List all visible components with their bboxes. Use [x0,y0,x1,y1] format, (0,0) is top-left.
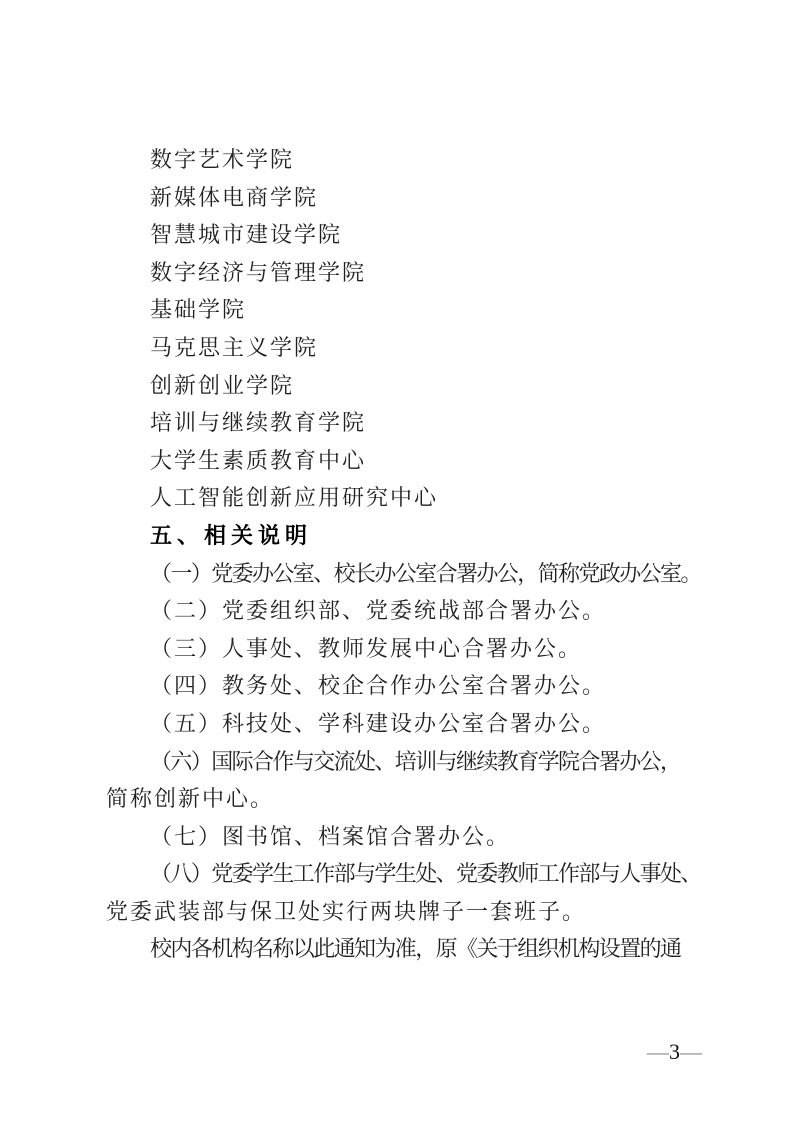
page-number-right-dash: — [680,1039,702,1064]
page-number: —3— [647,1038,702,1066]
document-page: 数字艺术学院 新媒体电商学院 智慧城市建设学院 数字经济与管理学院 基础学院 马… [0,0,794,1122]
note-line: 校内各机构名称以此通知为准，原《关于组织机构设置的通 [106,930,706,968]
document-body: 数字艺术学院 新媒体电商学院 智慧城市建设学院 数字经济与管理学院 基础学院 马… [106,141,706,968]
note-line: （三）人事处、教师发展中心合署办公。 [106,630,706,668]
department-item: 基础学院 [106,291,706,329]
note-line: （四）教务处、校企合作办公室合署办公。 [106,667,706,705]
department-item: 马克思主义学院 [106,329,706,367]
department-item: 智慧城市建设学院 [106,216,706,254]
department-item: 创新创业学院 [106,367,706,405]
department-item: 数字经济与管理学院 [106,254,706,292]
note-line-continuation: 简称创新中心。 [106,780,706,818]
note-line: （一）党委办公室、校长办公室合署办公，简称党政办公室。 [106,555,706,593]
note-line: （六）国际合作与交流处、培训与继续教育学院合署办公， [106,743,706,781]
department-item: 培训与继续教育学院 [106,404,706,442]
department-item: 大学生素质教育中心 [106,442,706,480]
page-number-left-dash: — [647,1039,669,1064]
page-number-value: 3 [669,1039,680,1064]
department-item: 数字艺术学院 [106,141,706,179]
note-line-continuation: 党委武装部与保卫处实行两块牌子一套班子。 [106,893,706,931]
note-line: （七）图书馆、档案馆合署办公。 [106,818,706,856]
department-item: 新媒体电商学院 [106,179,706,217]
section-heading: 五、相关说明 [106,517,706,555]
note-line: （二）党委组织部、党委统战部合署办公。 [106,592,706,630]
department-item: 人工智能创新应用研究中心 [106,479,706,517]
note-line: （五）科技处、学科建设办公室合署办公。 [106,705,706,743]
note-line: （八）党委学生工作部与学生处、党委教师工作部与人事处、 [106,855,706,893]
